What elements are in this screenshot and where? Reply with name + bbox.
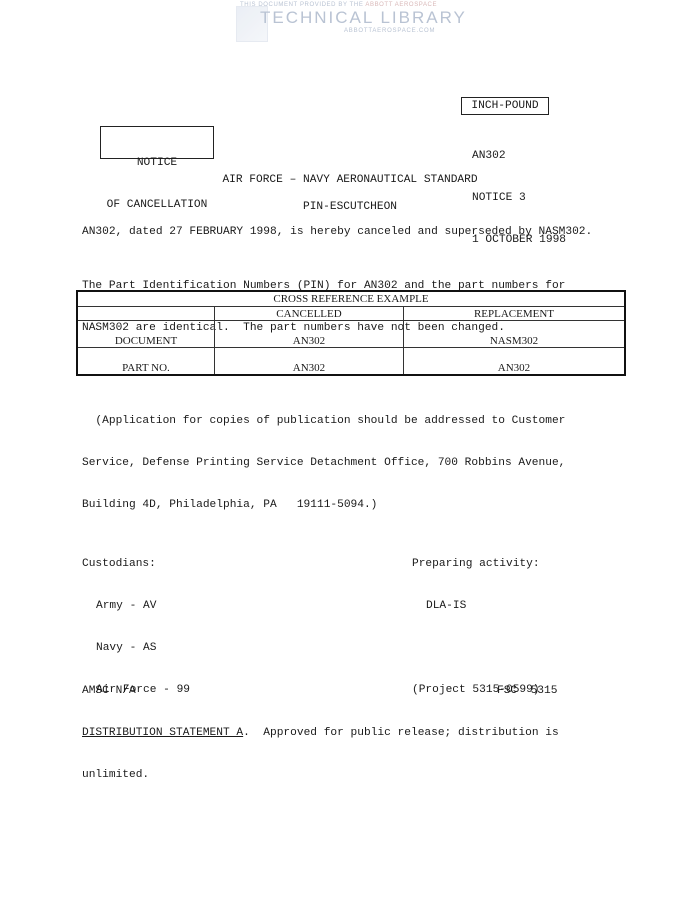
- units-badge: INCH-POUND: [461, 97, 549, 115]
- distribution-statement-text: . Approved for public release; distribut…: [243, 727, 559, 739]
- spacer: [412, 641, 540, 655]
- cancelled-cell: AN302: [215, 348, 404, 376]
- distribution-statement: DISTRIBUTION STATEMENT A. Approved for p…: [82, 698, 559, 796]
- custodian-navy: Navy - AS: [82, 641, 190, 655]
- doc-id: AN302: [472, 149, 566, 163]
- column-header-cancelled: CANCELLED: [215, 307, 404, 321]
- preparing-activity-code: DLA-IS: [412, 599, 540, 613]
- watermark-url: ABBOTTAEROSPACE.COM: [344, 28, 435, 34]
- table-header-row: CANCELLED REPLACEMENT: [77, 307, 625, 321]
- column-header-blank: [77, 307, 215, 321]
- watermark-logo: THIS DOCUMENT PROVIDED BY THE ABBOTT AER…: [236, 2, 466, 42]
- notice-of-cancellation-box: NOTICE OF CANCELLATION: [100, 126, 214, 159]
- application-note-line-1: (Application for copies of publication s…: [82, 414, 565, 428]
- amsc-code: AMSC N/A: [82, 684, 136, 698]
- custodian-army: Army - AV: [82, 599, 190, 613]
- row-label: DOCUMENT: [77, 321, 215, 348]
- application-note-line-3: Building 4D, Philadelphia, PA 19111-5094…: [82, 498, 565, 512]
- application-note: (Application for copies of publication s…: [82, 386, 565, 526]
- application-note-line-2: Service, Defense Printing Service Detach…: [82, 456, 565, 470]
- preparing-activity-label: Preparing activity:: [412, 557, 540, 571]
- document-identification: AN302 NOTICE 3 1 OCTOBER 1998: [472, 121, 566, 261]
- replacement-cell: AN302: [404, 348, 626, 376]
- watermark-title: TECHNICAL LIBRARY: [260, 8, 467, 28]
- replacement-cell: NASM302: [404, 321, 626, 348]
- notice-box-line-1: NOTICE: [101, 156, 213, 170]
- custodians-label: Custodians:: [82, 557, 190, 571]
- distribution-statement-label: DISTRIBUTION STATEMENT A: [82, 727, 243, 739]
- cancellation-statement: AN302, dated 27 FEBRUARY 1998, is hereby…: [82, 225, 592, 239]
- cancelled-cell: AN302: [215, 321, 404, 348]
- table-title-row: CROSS REFERENCE EXAMPLE: [77, 291, 625, 307]
- part-name: PIN-ESCUTCHEON: [0, 200, 700, 214]
- row-label: PART NO.: [77, 348, 215, 376]
- table-row: DOCUMENT AN302 NASM302: [77, 321, 625, 348]
- cross-reference-table: CROSS REFERENCE EXAMPLE CANCELLED REPLAC…: [76, 290, 626, 376]
- column-header-replacement: REPLACEMENT: [404, 307, 626, 321]
- fsc-code: FSC 5315: [497, 684, 557, 698]
- distribution-statement-text-2: unlimited.: [82, 768, 559, 782]
- table-row: PART NO. AN302 AN302: [77, 348, 625, 376]
- standard-title: AIR FORCE – NAVY AERONAUTICAL STANDARD: [0, 173, 700, 187]
- table-title: CROSS REFERENCE EXAMPLE: [77, 291, 625, 307]
